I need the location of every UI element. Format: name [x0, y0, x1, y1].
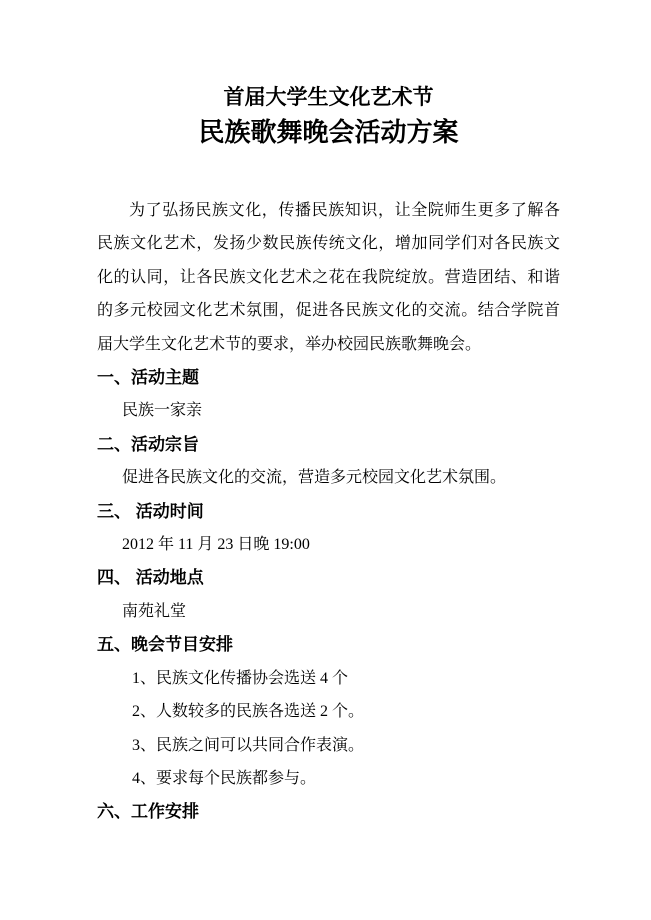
section-heading: 五、晚会节目安排 [97, 628, 560, 661]
section-heading: 二、活动宗旨 [97, 428, 560, 461]
document-title-line2: 民族歌舞晚会活动方案 [97, 114, 560, 150]
section-heading: 四、 活动地点 [97, 561, 560, 594]
document-page: 首届大学生文化艺术节 民族歌舞晚会活动方案 为了弘扬民族文化，传播民族知识，让全… [0, 0, 651, 920]
section-numbered-item: 1、民族文化传播协会选送 4 个 [97, 662, 560, 695]
section-body-line: 2012 年 11 月 23 日晚 19:00 [97, 528, 560, 561]
section-body-line: 民族一家亲 [97, 394, 560, 427]
document-title-line1: 首届大学生文化艺术节 [97, 84, 560, 110]
sections-container: 一、活动主题民族一家亲二、活动宗旨促进各民族文化的交流，营造多元校园文化艺术氛围… [97, 361, 560, 829]
section: 一、活动主题民族一家亲 [97, 361, 560, 428]
section: 四、 活动地点南苑礼堂 [97, 561, 560, 628]
section-heading: 三、 活动时间 [97, 495, 560, 528]
section: 二、活动宗旨促进各民族文化的交流，营造多元校园文化艺术氛围。 [97, 428, 560, 495]
section-body-line: 南苑礼堂 [97, 595, 560, 628]
intro-paragraph: 为了弘扬民族文化，传播民族知识，让全院师生更多了解各民族文化艺术，发扬少数民族传… [97, 194, 560, 361]
section-numbered-item: 2、人数较多的民族各选送 2 个。 [97, 695, 560, 728]
section: 五、晚会节目安排1、民族文化传播协会选送 4 个2、人数较多的民族各选送 2 个… [97, 628, 560, 795]
section-heading: 六、工作安排 [97, 795, 560, 828]
section-heading: 一、活动主题 [97, 361, 560, 394]
section-numbered-item: 3、民族之间可以共同合作表演。 [97, 729, 560, 762]
section: 六、工作安排 [97, 795, 560, 828]
section-body-line: 促进各民族文化的交流，营造多元校园文化艺术氛围。 [97, 461, 560, 494]
section-numbered-item: 4、要求每个民族都参与。 [97, 762, 560, 795]
section: 三、 活动时间2012 年 11 月 23 日晚 19:00 [97, 495, 560, 562]
